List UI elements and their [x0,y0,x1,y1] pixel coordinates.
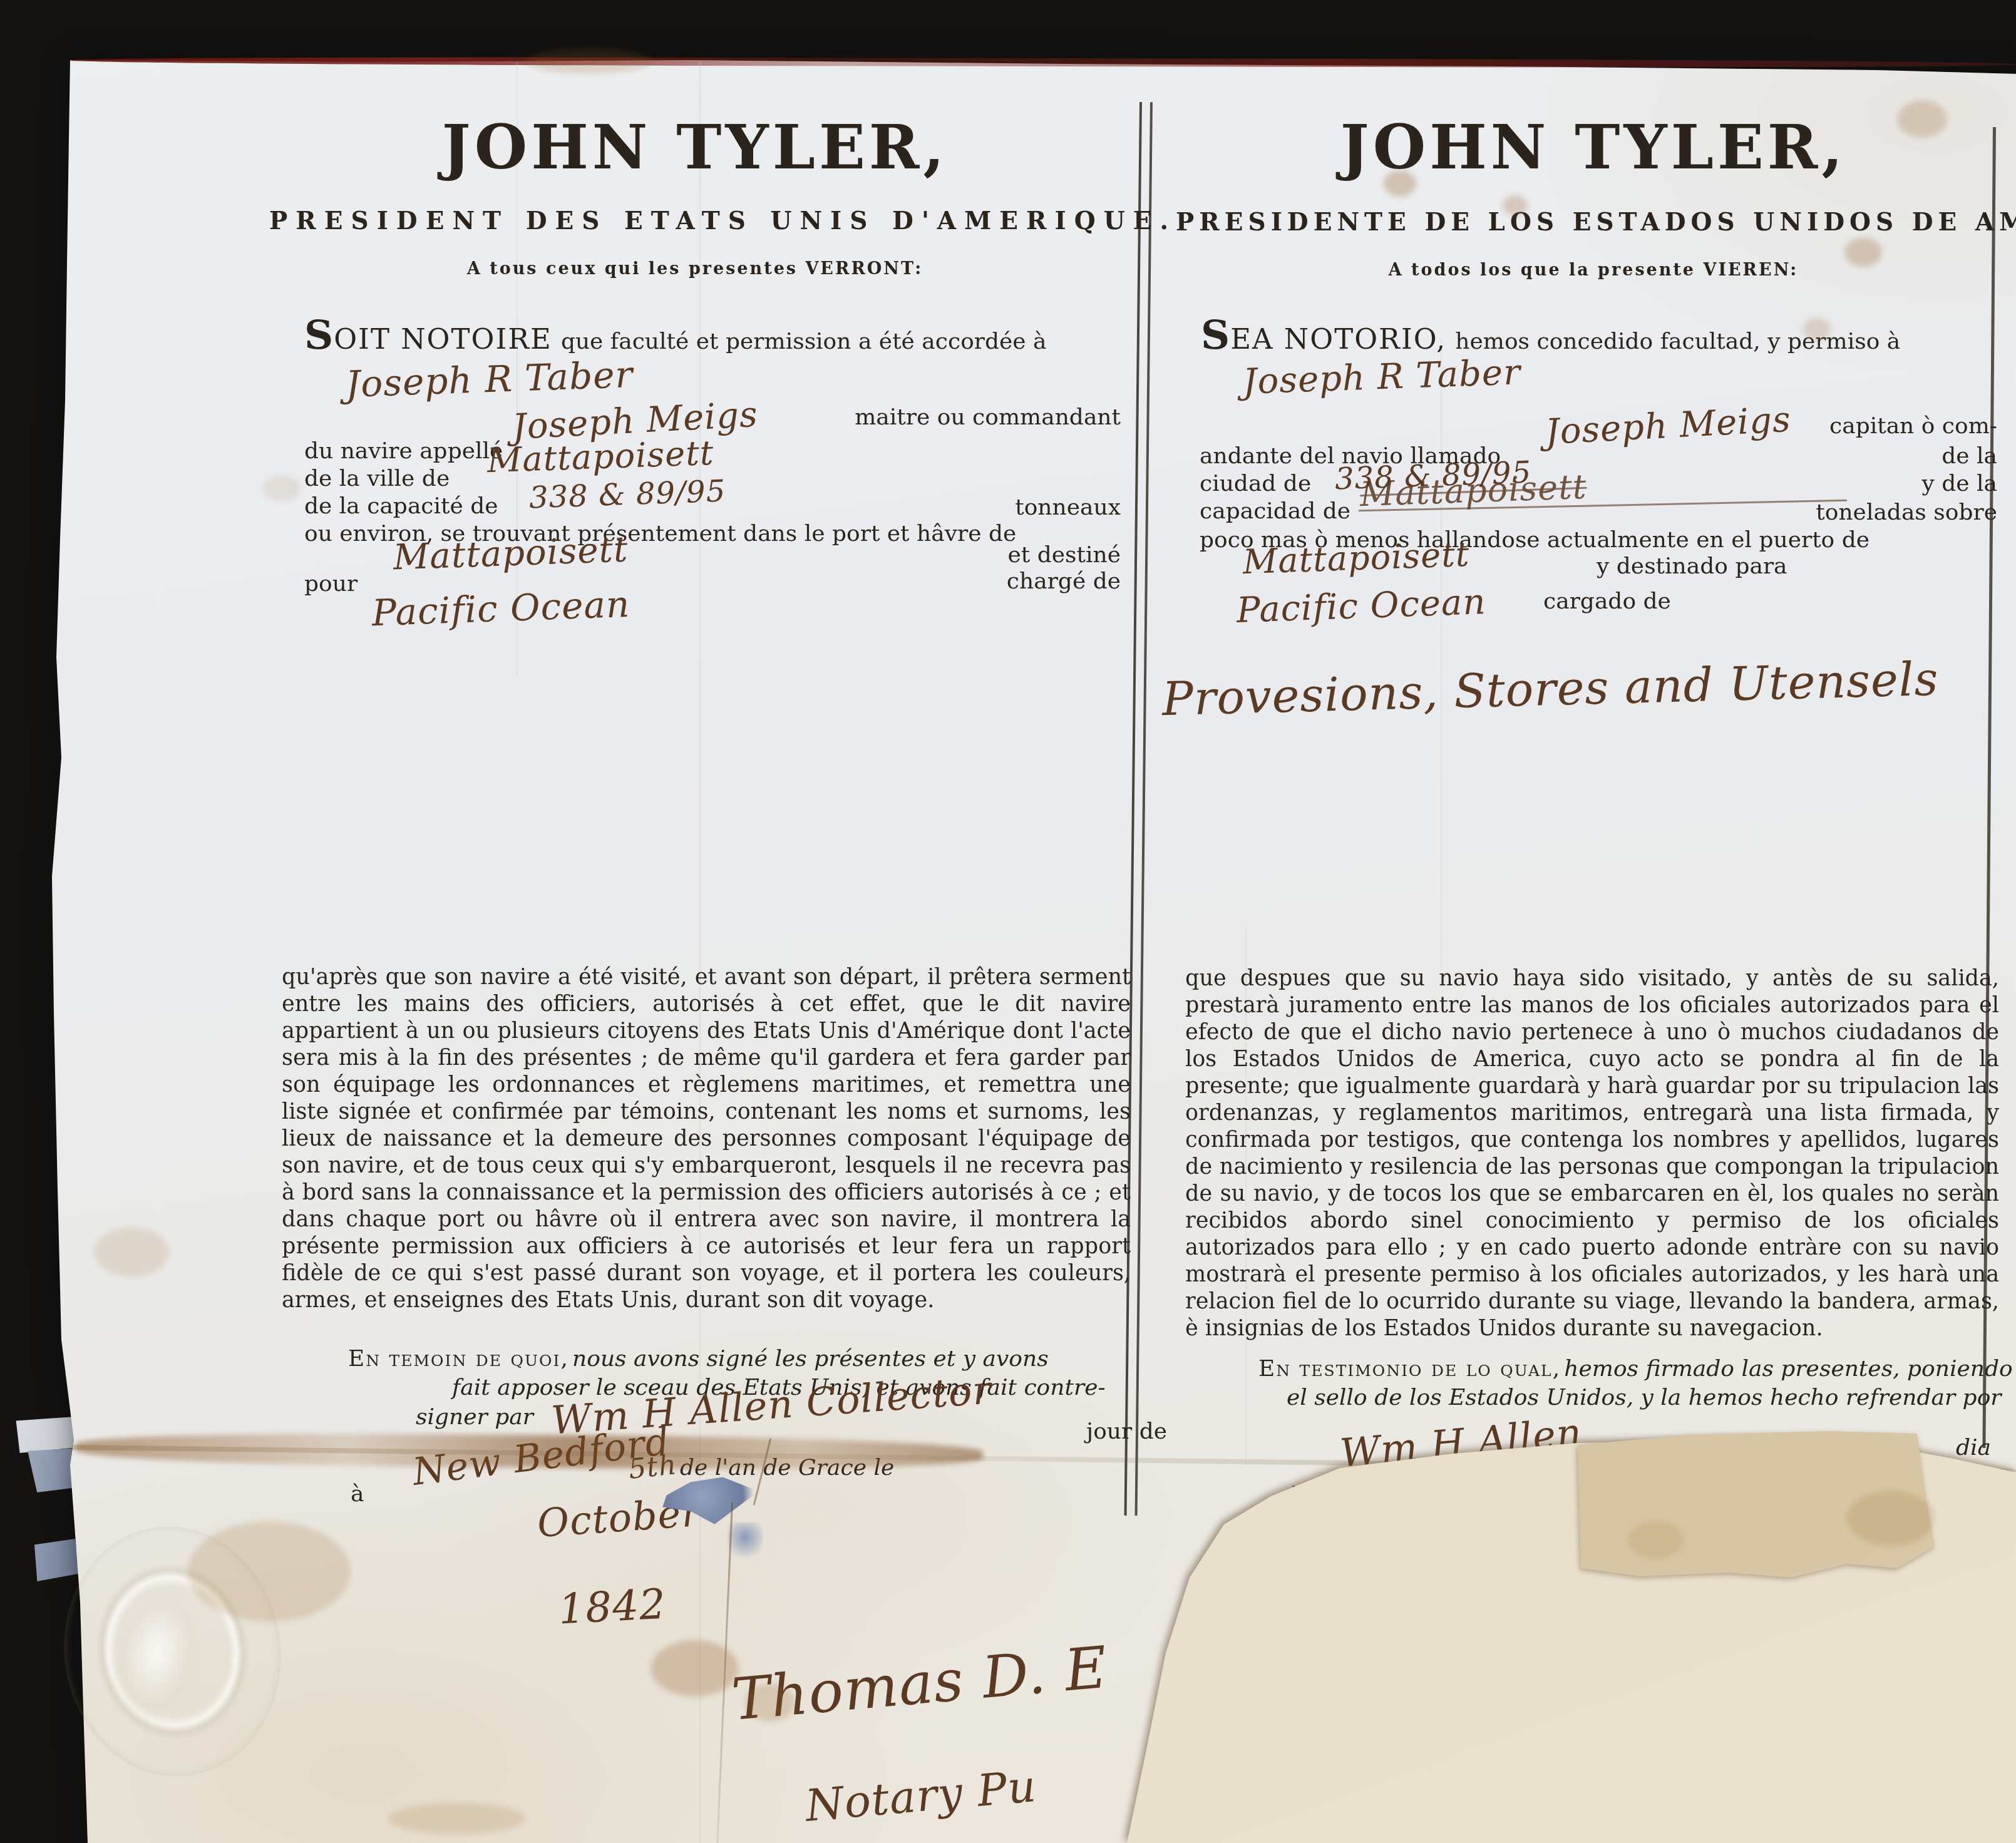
label-day-spanish: dia [1956,1435,1991,1461]
day-handwritten: 5th [627,1449,679,1486]
label-capacity: de la capacité de [304,493,498,519]
label-at-french: à [351,1481,364,1507]
witness-clause-spanish-1: En testimonio de lo qual, hemos firmado … [1258,1356,2013,1382]
current-port-handwritten: Mattapoisett [393,529,629,578]
label-at-spanish: à [1290,1484,1303,1509]
label-laden: chargé de [958,568,1121,594]
salutation-spanish: A todos los que la presente VIEREN: [1190,260,1997,280]
home-port-handwritten: Mattapoisett [486,433,714,481]
witness-clause-spanish-2: el sello de los Estados Unidos, y la hem… [1287,1385,2002,1410]
label-ship: du navire appellé [304,438,503,464]
label-for: pour [304,571,357,597]
label-tons-spanish: toneladas sobre [1766,500,1997,525]
label-and-of: y de la [1872,471,1997,496]
year-handwritten: 1842 [557,1580,667,1634]
label-day-french: jour de [1086,1419,1167,1444]
scanned-document-photo: { "colors": { "backdrop": "#141312", "pa… [0,0,2016,1843]
drop-cap: S [1201,312,1230,359]
blue-wax-speck [728,1522,763,1560]
subtitle-spanish: PRESIDENTE DE LOS ESTADOS UNIDOS DE AMER… [1176,208,2008,237]
destination-handwritten: Pacific Ocean [371,583,630,634]
current-port-handwritten: Mattapoisett [1242,535,1470,582]
witness-clause-french-3: signer par [416,1404,533,1430]
label-laden-spanish: cargado de [1543,588,1671,614]
label-capacity-spanish: capacidad de [1200,498,1350,524]
witness-clause-french-1: En temoin de quoi, nous avons signé les … [348,1346,1049,1372]
salutation-french: A tous ceux qui les presentes VERRONT: [269,259,1121,279]
body-paragraph-french: qu'après que son navire a été visité, et… [282,964,1131,1314]
destination-handwritten: Pacific Ocean [1236,582,1487,631]
label-master: maitre ou commandant [751,404,1121,430]
label-destined-spanish: y destinado para [1597,553,1787,579]
label-destined: et destiné [964,542,1121,568]
body-paragraph-spanish: que despues que su navio haya sido visit… [1185,965,1999,1342]
label-year-french: de l'an de Grace le [680,1455,894,1481]
notice-line-spanish: SEA NOTORIO,hemos concedido facultad, y … [1201,312,1900,359]
label-tons: tonneaux [939,495,1121,520]
page-title-spanish: JOHN TYLER, [1190,111,1997,183]
tonnage-handwritten: 338 & 89/95 [528,474,726,516]
page-title-french: JOHN TYLER, [269,111,1121,183]
subtitle-french: PRESIDENT DES ETATS UNIS D'AMERIQUE. [269,207,1121,235]
label-captain-1: capitan ò com- [1766,413,1997,439]
label-city-spanish: ciudad de [1200,471,1311,496]
label-of-the: de la [1891,443,1997,469]
vertical-crease [1440,338,1443,970]
label-city: de la ville de [304,466,450,491]
drop-cap: S [304,312,334,359]
notice-line-french: SOIT NOTOIREque faculté et permission a … [304,312,1047,359]
